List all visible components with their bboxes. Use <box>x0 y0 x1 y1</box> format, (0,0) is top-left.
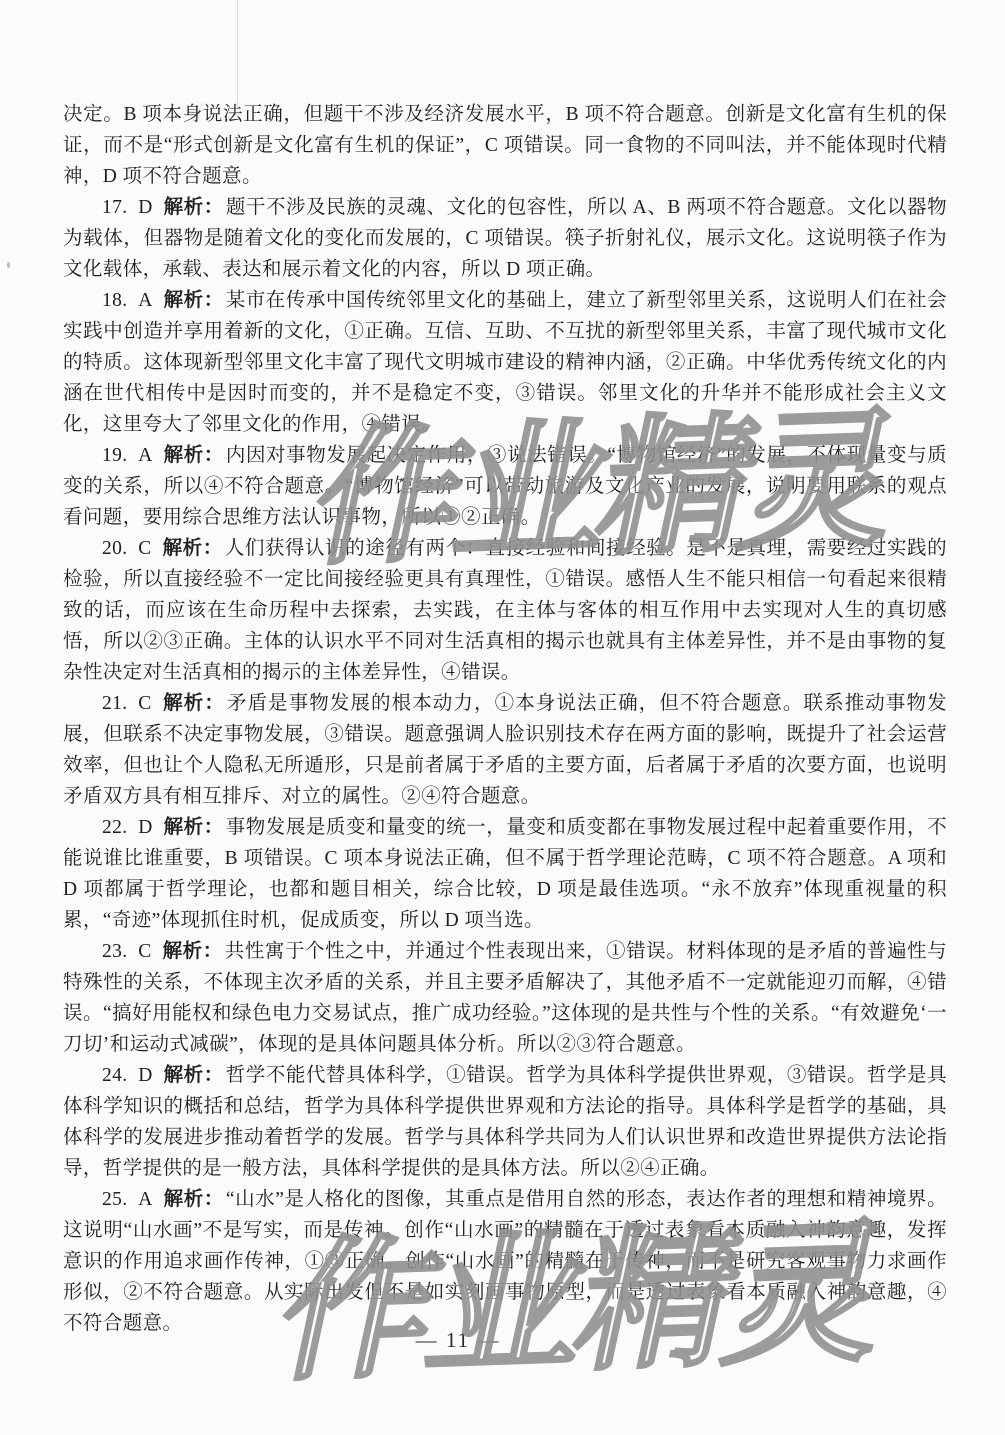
answer-letter: D <box>138 197 152 218</box>
answer-item-21: 21.C解析：矛盾是事物发展的根本动力，①本身说法正确，但不符合题意。联系推动事… <box>63 688 947 812</box>
answer-letter: C <box>138 693 151 714</box>
answer-item-18: 18.A解析：某市在传承中国传统邻里文化的基础上，建立了新型邻里关系，这说明人们… <box>63 285 947 440</box>
question-number: 25. <box>102 1189 128 1210</box>
answer-letter: A <box>138 1189 152 1210</box>
question-number: 23. <box>102 941 128 962</box>
continuation-paragraph: 决定。B 项本身说法正确，但题干不涉及经济发展水平，B 项不符合题意。创新是文化… <box>63 99 947 192</box>
answer-item-20: 20.C解析：人们获得认识的途径有两个：直接经验和间接经验。是不是真理，需要经过… <box>63 533 947 688</box>
analysis-label: 解析： <box>164 817 224 838</box>
analysis-label: 解析： <box>164 197 224 218</box>
question-number: 18. <box>102 290 128 311</box>
analysis-text: 人们获得认识的途径有两个：直接经验和间接经验。是不是真理，需要经过实践的检验，所… <box>63 538 947 683</box>
question-number: 17. <box>102 197 128 218</box>
question-number: 24. <box>102 1065 128 1086</box>
answer-item-23: 23.C解析：共性寓于个性之中，并通过个性表现出来，①错误。材料体现的是矛盾的普… <box>63 936 947 1060</box>
answer-item-24: 24.D解析：哲学不能代替具体科学，①错误。哲学为具体科学提供世界观，③错误。哲… <box>63 1060 947 1184</box>
answer-item-19: 19.A解析：内因对事物发展起决定作用，③说法错误。“博物馆经济”的发展，不体现… <box>63 440 947 533</box>
analysis-label: 解析： <box>164 290 224 311</box>
answer-item-25: 25.A解析：“山水”是人格化的图像，其重点是借用自然的形态，表达作者的理想和精… <box>63 1184 947 1339</box>
analysis-label: 解析： <box>164 1065 224 1086</box>
question-number: 20. <box>102 538 128 559</box>
analysis-text: 决定。B 项本身说法正确，但题干不涉及经济发展水平，B 项不符合题意。创新是文化… <box>63 104 947 187</box>
answer-key-text-block: 决定。B 项本身说法正确，但题干不涉及经济发展水平，B 项不符合题意。创新是文化… <box>63 0 947 1339</box>
answer-item-17: 17.D解析：题干不涉及民族的灵魂、文化的包容性，所以 A、B 两项不符合题意。… <box>63 192 947 285</box>
analysis-text: “山水”是人格化的图像，其重点是借用自然的形态，表达作者的理想和精神境界。这说明… <box>63 1189 947 1334</box>
answer-letter: C <box>138 941 151 962</box>
analysis-label: 解析： <box>162 538 222 559</box>
scanned-answer-page: 决定。B 项本身说法正确，但题干不涉及经济发展水平，B 项不符合题意。创新是文化… <box>0 0 1005 1435</box>
analysis-label: 解析： <box>164 1189 224 1210</box>
question-number: 19. <box>102 445 128 466</box>
answer-letter: A <box>138 445 152 466</box>
page-number: — 11 — <box>403 1328 513 1353</box>
answer-item-22: 22.D解析：事物发展是质变和量变的统一，量变和质变都在事物发展过程中起着重要作… <box>63 812 947 936</box>
analysis-label: 解析： <box>162 693 224 714</box>
answer-letter: D <box>138 1065 152 1086</box>
analysis-label: 解析： <box>162 941 222 962</box>
question-number: 21. <box>102 693 128 714</box>
analysis-text: 某市在传承中国传统邻里文化的基础上，建立了新型邻里关系，这说明人们在社会实践中创… <box>63 290 947 435</box>
answer-letter: A <box>138 290 152 311</box>
analysis-label: 解析： <box>164 445 224 466</box>
scan-edge-mark <box>7 262 10 268</box>
answer-letter: C <box>138 538 151 559</box>
question-number: 22. <box>102 817 128 838</box>
answer-letter: D <box>138 817 152 838</box>
